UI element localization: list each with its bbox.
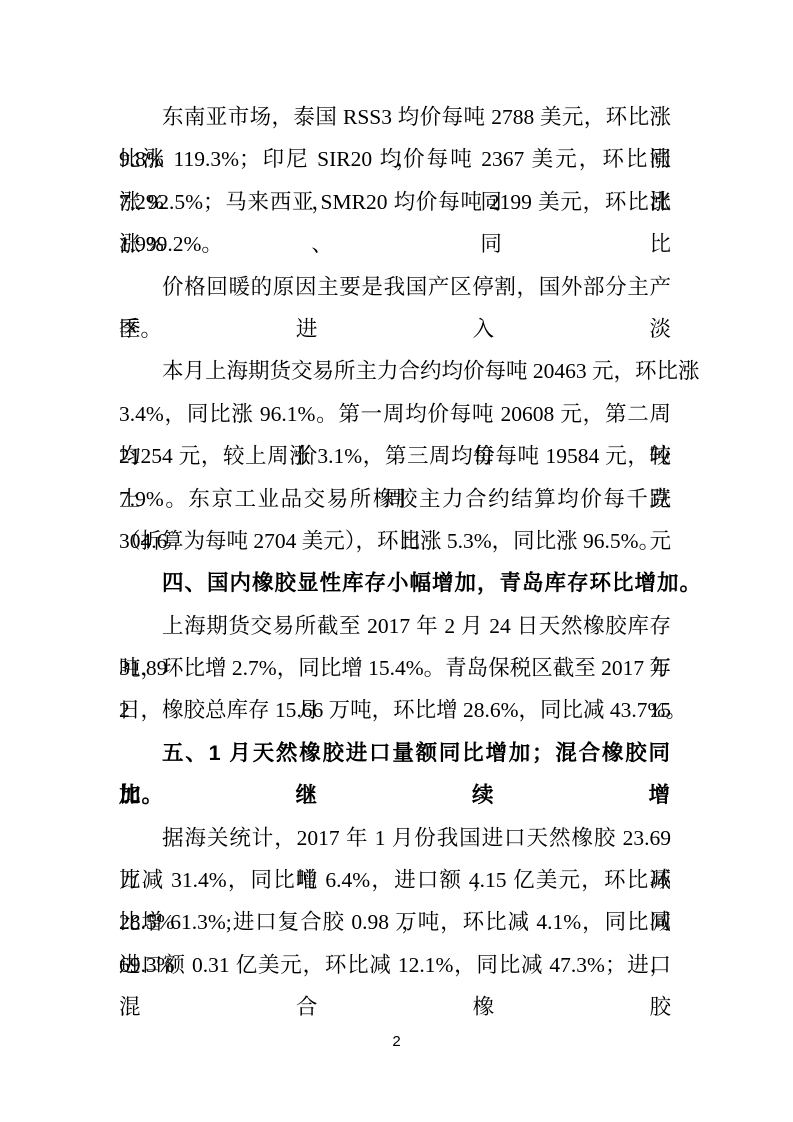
section-heading: 四、国内橡胶显性库存小幅增加，青岛库存环比增加。	[119, 562, 671, 604]
document-body: 东南亚市场，泰国 RSS3 均价每吨 2788 美元，环比涨 9.8%，同 比涨…	[119, 96, 671, 986]
text-line: 日，橡胶总库存 15.66 万吨，环比增 28.6%，同比减 43.7%。	[119, 689, 671, 731]
text-line: 比减 31.4%，同比增 6.4%，进口额 4.15 亿美元，环比减 28.5%…	[119, 859, 671, 901]
text-line: 21254 元，较上周涨 3.1%，第三周均价每吨 19584 元，较上周跌	[119, 435, 671, 477]
text-line: 价格回暖的原因主要是我国产区停割，国外部分主产区进入淡	[119, 266, 671, 308]
text-line: 3.4%，同比涨 96.1%。第一周均价每吨 20608 元，第二周均价每吨	[119, 393, 671, 435]
text-line: 比增 61.3%;进口复合胶 0.98 万吨，环比减 4.1%，同比减 69.3…	[119, 901, 671, 943]
page-number: 2	[0, 1033, 793, 1050]
text-line: 7.9%。东京工业品交易所橡胶主力合约结算均价每千克 304.6 日元	[119, 478, 671, 520]
text-line: 本月上海期货交易所主力合约均价每吨 20463 元，环比涨	[119, 350, 671, 392]
text-line: 上海期货交易所截至 2017 年 2 月 24 日天然橡胶库存 31.89 万	[119, 605, 671, 647]
text-line: 涨 92.5%；马来西亚 SMR20 均价每吨 2199 美元，环比涨 1.9%…	[119, 181, 671, 223]
text-line: 进口额 0.31 亿美元，环比减 12.1%，同比减 47.3%；进口混合橡胶	[119, 944, 671, 986]
section-heading: 五、1 月天然橡胶进口量额同比增加；混合橡胶同比继续增	[119, 732, 671, 774]
text-line: 据海关统计，2017 年 1 月份我国进口天然橡胶 23.69 万吨，环	[119, 817, 671, 859]
document-page: 东南亚市场，泰国 RSS3 均价每吨 2788 美元，环比涨 9.8%，同 比涨…	[0, 0, 793, 1122]
text-line: 比涨 119.3%；印尼 SIR20 均价每吨 2367 美元，环比涨 7.2%…	[119, 138, 671, 180]
text-line: （折算为每吨 2704 美元），环比涨 5.3%，同比涨 96.5%。	[119, 520, 671, 562]
text-line: 吨，环比增 2.7%，同比增 15.4%。青岛保税区截至 2017 年 2 月 …	[119, 647, 671, 689]
text-line: 东南亚市场，泰国 RSS3 均价每吨 2788 美元，环比涨 9.8%，同	[119, 96, 671, 138]
